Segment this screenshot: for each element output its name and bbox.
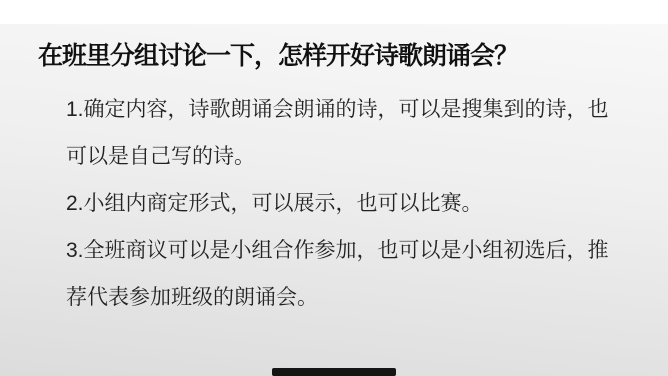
body-text-line-4: 3.全班商议可以是小组合作参加，也可以是小组初选后，推	[66, 227, 622, 274]
body-text-line-5: 荐代表参加班级的朗诵会。	[66, 274, 622, 321]
slide: 在班里分组讨论一下，怎样开好诗歌朗诵会？ 1.确定内容，诗歌朗诵会朗诵的诗，可以…	[0, 0, 668, 376]
top-white-band	[0, 0, 668, 24]
home-indicator-bar[interactable]	[272, 368, 396, 376]
body-text-line-2: 可以是自己写的诗。	[66, 133, 622, 180]
body-text-line-1: 1.确定内容，诗歌朗诵会朗诵的诗，可以是搜集到的诗，也	[66, 86, 622, 133]
slide-body-text: 1.确定内容，诗歌朗诵会朗诵的诗，可以是搜集到的诗，也 可以是自己写的诗。 2.…	[66, 86, 622, 321]
slide-title: 在班里分组讨论一下，怎样开好诗歌朗诵会？	[38, 40, 638, 73]
body-text-line-3: 2.小组内商定形式，可以展示，也可以比赛。	[66, 180, 622, 227]
